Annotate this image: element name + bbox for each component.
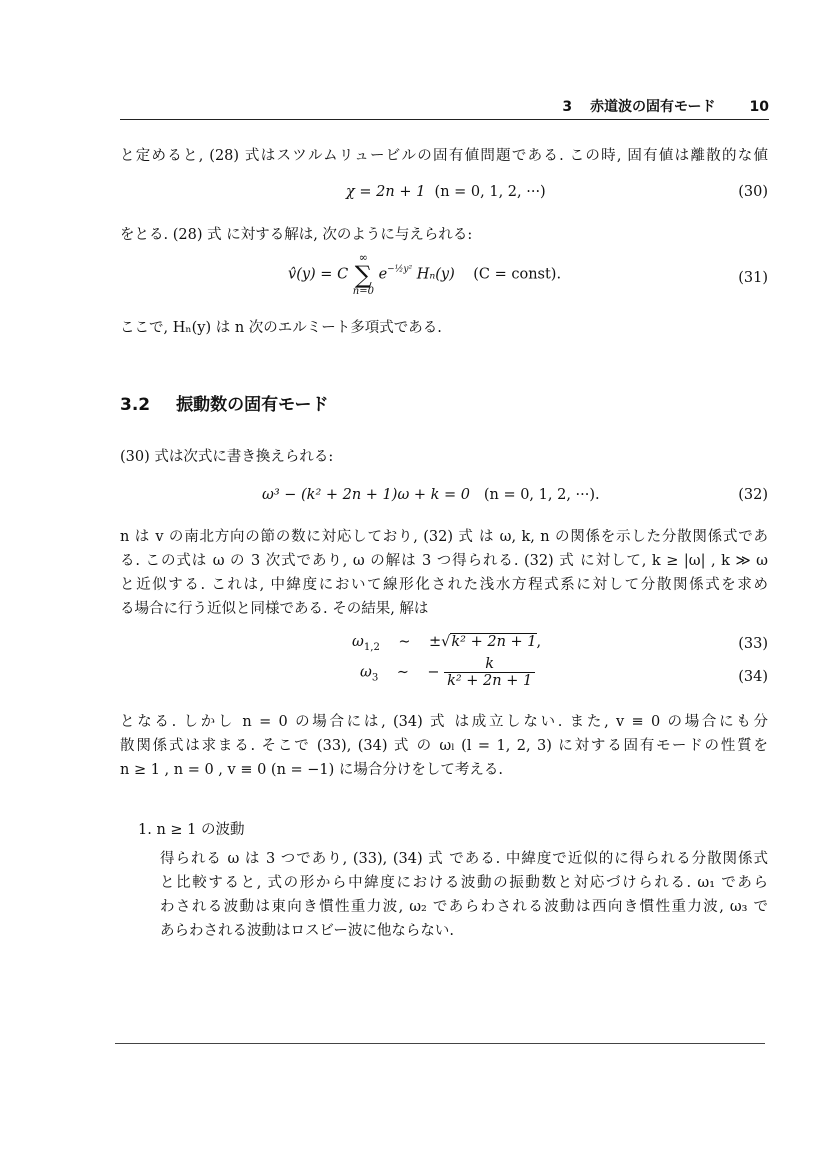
hermite-term: Hₙ(y) <box>417 267 455 283</box>
equation-30: χ = 2n + 1 (n = 0, 1, 2, ···) <box>346 184 546 200</box>
header-rule <box>120 119 769 120</box>
equation-number: (32) <box>738 487 768 503</box>
eq33-subscript: 1,2 <box>364 642 380 653</box>
summation: ∞ ∑ n=0 <box>353 252 374 297</box>
section-number: 3.2 <box>120 395 150 415</box>
eq31-lhs: v̂(y) = C <box>288 267 348 283</box>
running-header: 3赤道波の固有モード10 <box>562 96 769 116</box>
paragraph-line: (30) 式は次式に書き換えられる: <box>120 447 768 467</box>
page-number: 10 <box>750 99 769 115</box>
eq33-lhs: ω <box>352 634 364 650</box>
list-body-line: 得られる ω は 3 つであり, (33), (34) 式 である. 中緯度で近… <box>160 849 768 869</box>
list-title: n ≥ 1 の波動 <box>156 822 244 838</box>
sum-symbol: ∑ <box>353 263 374 287</box>
list-body-line: あらわされる波動はロスビー波に他ならない. <box>160 921 768 941</box>
chapter-number: 3 <box>562 99 572 115</box>
equation-number: (34) <box>738 669 768 685</box>
paragraph-line: と定めると, (28) 式はスツルムリュービルの固有値問題である. この時, 固… <box>120 146 768 166</box>
exponent: −½y² <box>387 264 412 274</box>
paragraph-line: となる. しかし n = 0 の場合には, (34) 式 は成立しない. また,… <box>120 712 768 732</box>
eq34-relation: ∼ <box>397 665 409 681</box>
equation-34: ω3 ∼ − k k² + 2n + 1 <box>360 656 535 689</box>
paragraph-line: 散関係式は求まる. そこで (33), (34) 式 の ωₗ (l = 1, … <box>120 736 768 756</box>
eq30-expr: χ = 2n + 1 <box>346 184 425 200</box>
denominator: k² + 2n + 1 <box>444 672 535 689</box>
eq33-radicand: k² + 2n + 1 <box>450 633 536 650</box>
list-body-line: と比較すると, 式の形から中緯度における波動の振動数と対応づけられる. ω₁ で… <box>160 873 768 893</box>
equation-33: ω1,2 ∼ ±√k² + 2n + 1, <box>352 634 541 653</box>
paragraph-line: をとる. (28) 式 に対する解は, 次のように与えられる: <box>120 225 768 245</box>
eq33-relation: ∼ <box>398 634 410 650</box>
paragraph-line: る. この式は ω の 3 次式であり, ω の解は 3 つ得られる. (32)… <box>120 551 768 571</box>
eq33-plus-minus: ± <box>429 634 441 650</box>
fraction: k k² + 2n + 1 <box>444 656 535 689</box>
paragraph-line: る場合に行う近似と同様である. その結果, 解は <box>120 599 768 619</box>
equation-number: (31) <box>738 270 768 286</box>
list-body-line: わされる波動は東向き慣性重力波, ω₂ であらわされる波動は西向き慣性重力波, … <box>160 897 768 917</box>
eq30-condition: (n = 0, 1, 2, ···) <box>435 184 546 200</box>
eq34-minus: − <box>427 665 439 681</box>
list-item-title: 1. n ≥ 1 の波動 <box>138 820 768 840</box>
section-title: 振動数の固有モード <box>176 395 328 415</box>
equation-31: v̂(y) = C ∞ ∑ n=0 e−½y² Hₙ(y) (C = const… <box>288 252 561 297</box>
list-marker: 1. <box>138 822 152 838</box>
section-heading: 3.2振動数の固有モード <box>120 390 328 415</box>
paragraph-line: n は v の南北方向の節の数に対応しており, (32) 式 は ω, k, n… <box>120 527 768 547</box>
eq34-lhs: ω <box>360 665 372 681</box>
paragraph-line: n ≥ 1 , n = 0 , v ≡ 0 (n = −1) に場合分けをして考… <box>120 760 768 780</box>
chapter-title: 赤道波の固有モード <box>590 99 715 115</box>
paragraph-line: と近似する. これは, 中緯度において線形化された浅水方程式系に対して分散関係式… <box>120 575 768 595</box>
eq33-comma: , <box>537 634 542 650</box>
eq34-subscript: 3 <box>372 672 378 683</box>
equation-number: (30) <box>738 184 768 200</box>
eq32-condition: (n = 0, 1, 2, ···). <box>484 487 600 503</box>
eq31-condition: (C = const). <box>473 267 561 283</box>
eq32-expr: ω³ − (k² + 2n + 1)ω + k = 0 <box>262 487 470 503</box>
numerator: k <box>444 656 535 672</box>
equation-32: ω³ − (k² + 2n + 1)ω + k = 0 (n = 0, 1, 2… <box>262 487 600 503</box>
sum-lower-limit: n=0 <box>353 287 374 297</box>
paragraph-line: ここで, Hₙ(y) は n 次のエルミート多項式である. <box>120 318 768 338</box>
exp-base: e <box>379 267 388 283</box>
equation-number: (33) <box>738 636 768 652</box>
footer-rule <box>115 1043 765 1044</box>
